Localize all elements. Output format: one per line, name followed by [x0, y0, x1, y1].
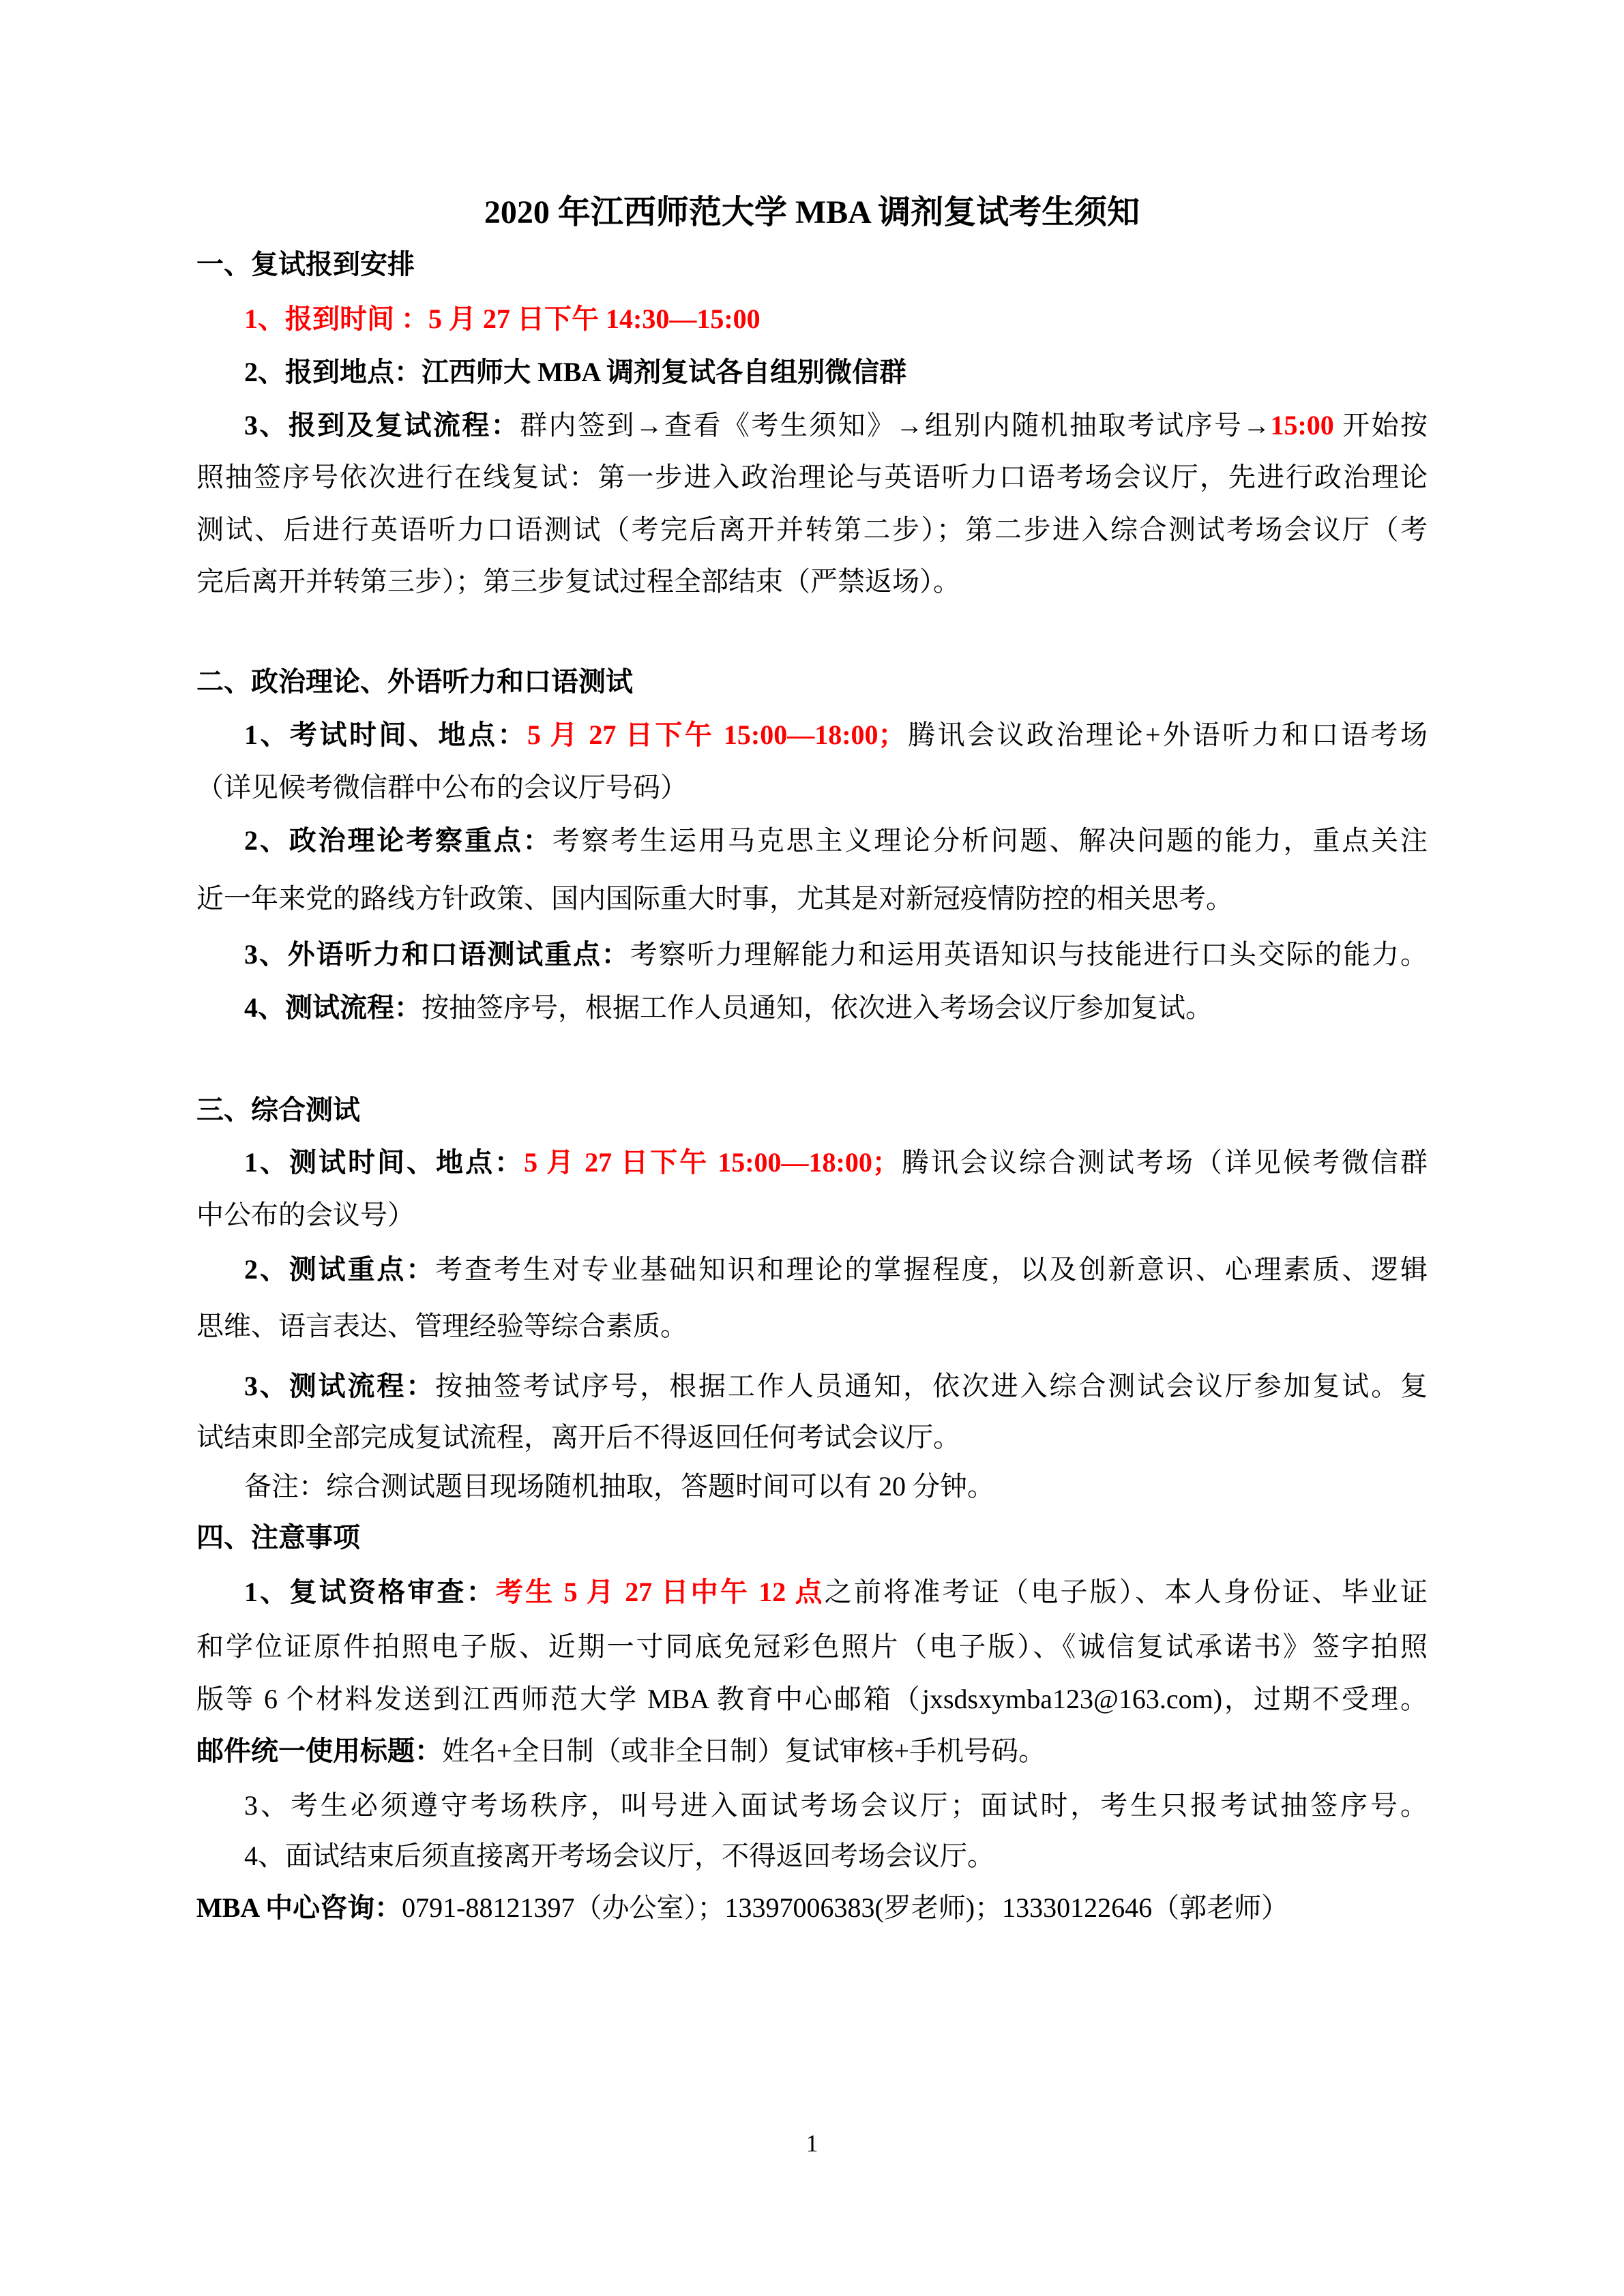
text-segment: 开始按 [1334, 410, 1428, 441]
section-heading-2: 二、政治理论、外语听力和口语测试 [196, 661, 1428, 702]
text-segment: 0791-88121397（办公室）；13397006383(罗老师)；1333… [402, 1892, 1288, 1923]
text-segment: 5 月 27 日下午 15:00—18:00； [527, 719, 906, 750]
text-segment: 1、复试资格审查： [244, 1577, 496, 1607]
section-heading-3: 三、综合测试 [196, 1090, 1428, 1131]
text-segment: 3、报到及复试流程： [244, 410, 520, 441]
text-segment: 1、报到时间 ：5 月 27 日下午 14:30—15:00 [244, 303, 761, 334]
list-item: 4、面试结束后须直接离开考场会议厅，不得返回考场会议厅。 [196, 1836, 1428, 1877]
note-line: 备注：综合测试题目现场随机抽取，答题时间可以有 20 分钟。 [196, 1466, 1428, 1507]
paragraph-line: 版等 6 个材料发送到江西师范大学 MBA 教育中心邮箱（jxsdsxymba1… [196, 1679, 1428, 1720]
text-segment: 备注：综合测试题目现场随机抽取，答题时间可以有 20 分钟。 [244, 1471, 994, 1502]
paragraph-line: 测试、后进行英语听力口语测试（考完后离开并转第二步）；第二步进入综合测试考场会议… [196, 509, 1428, 550]
contact-line: MBA 中心咨询：0791-88121397（办公室）；13397006383(… [196, 1888, 1428, 1928]
text-segment: MBA 中心咨询： [196, 1892, 402, 1923]
document-title: 2020 年江西师范大学 MBA 调剂复试考生须知 [196, 192, 1428, 233]
text-segment: 按抽签序号，根据工作人员通知，依次进入考场会议厅参加复试。 [422, 992, 1213, 1023]
text-segment: 2、政治理论考察重点： [244, 825, 552, 856]
text-segment: 二、政治理论、外语听力和口语测试 [196, 666, 633, 697]
text-segment: 和学位证原件拍照电子版、近期一寸同底免冠彩色照片（电子版）、《诚信复试承诺书》签… [196, 1631, 1428, 1662]
email-subject-line: 邮件统一使用标题：姓名+全日制（或非全日制）复试审核+手机号码。 [196, 1731, 1428, 1772]
paragraph-line: 照抽签序号依次进行在线复试：第一步进入政治理论与英语听力口语考场会议厅，先进行政… [196, 457, 1428, 498]
text-segment: （详见候考微信群中公布的会议厅号码） [196, 772, 688, 803]
text-segment: 测试、后进行英语听力口语测试（考完后离开并转第二步）；第二步进入综合测试考场会议… [196, 514, 1428, 545]
paragraph-line: 试结束即全部完成复试流程，离开后不得返回任何考试会议厅。 [196, 1417, 1428, 1458]
text-segment: 2020 年江西师范大学 MBA 调剂复试考生须知 [484, 194, 1140, 230]
paragraph-line: 思维、语言表达、管理经验等综合素质。 [196, 1306, 1428, 1347]
paragraph-line: 完后离开并转第三步）；第三步复试过程全部结束（严禁返场）。 [196, 561, 1428, 602]
text-segment: 考查考生对专业基础知识和理论的掌握程度，以及创新意识、心理素质、逻辑 [435, 1254, 1428, 1285]
text-segment: 四、注意事项 [196, 1522, 360, 1553]
list-item: 1、报到时间 ：5 月 27 日下午 14:30—15:00 [196, 299, 1428, 340]
text-segment: 群内签到→查看《考生须知》→组别内随机抽取考试序号→ [520, 410, 1270, 441]
text-segment: 完后离开并转第三步）；第三步复试过程全部结束（严禁返场）。 [196, 566, 960, 597]
text-segment: 一、复试报到安排 [196, 249, 415, 280]
text-segment: 3、测试流程： [244, 1371, 435, 1401]
text-segment: 2、测试重点： [244, 1254, 435, 1285]
text-segment: 腾讯会议政治理论+外语听力和口语考场 [906, 719, 1428, 750]
text-segment: 3、考生必须遵守考场秩序，叫号进入面试考场会议厅；面试时，考生只报考试抽签序号。 [244, 1790, 1428, 1821]
section-heading-1: 一、复试报到安排 [196, 244, 1428, 285]
list-item: 3、外语听力和口语测试重点：考察听力理解能力和运用英语知识与技能进行口头交际的能… [196, 934, 1428, 975]
text-segment: 版等 6 个材料发送到江西师范大学 MBA 教育中心邮箱（jxsdsxymba1… [196, 1684, 1428, 1714]
paragraph-line: 和学位证原件拍照电子版、近期一寸同底免冠彩色照片（电子版）、《诚信复试承诺书》签… [196, 1626, 1428, 1667]
paragraph-line: （详见候考微信群中公布的会议厅号码） [196, 767, 1428, 808]
text-segment: 考生 5 月 27 日中午 12 点 [496, 1577, 825, 1607]
text-segment: 3、外语听力和口语测试重点： [244, 939, 630, 970]
paragraph-line: 中公布的会议号） [196, 1195, 1428, 1236]
text-segment: 4、面试结束后须直接离开考场会议厅，不得返回考场会议厅。 [244, 1840, 994, 1871]
document-page: 1 2020 年江西师范大学 MBA 调剂复试考生须知一、复试报到安排1、报到时… [0, 0, 1624, 2296]
list-item: 1、考试时间、地点：5 月 27 日下午 15:00—18:00；腾讯会议政治理… [196, 715, 1428, 756]
text-segment: 近一年来党的路线方针政策、国内国际重大时事，尤其是对新冠疫情防控的相关思考。 [196, 883, 1233, 914]
text-segment: 1、考试时间、地点： [244, 719, 527, 750]
text-segment: 1、测试时间、地点： [244, 1147, 524, 1178]
paragraph-line: 近一年来党的路线方针政策、国内国际重大时事，尤其是对新冠疫情防控的相关思考。 [196, 878, 1428, 919]
text-segment: 考察考生运用马克思主义理论分析问题、解决问题的能力，重点关注 [552, 825, 1428, 856]
section-heading-4: 四、注意事项 [196, 1517, 1428, 1558]
list-item: 1、复试资格审查：考生 5 月 27 日中午 12 点之前将准考证（电子版）、本… [196, 1572, 1428, 1613]
text-segment: 2、报到地点：江西师大 MBA 调剂复试各自组别微信群 [244, 357, 906, 387]
list-item: 3、测试流程：按抽签考试序号，根据工作人员通知，依次进入综合测试会议厅参加复试。… [196, 1366, 1428, 1407]
text-segment: 4、测试流程： [244, 992, 422, 1023]
text-segment: 试结束即全部完成复试流程，离开后不得返回任何考试会议厅。 [196, 1422, 960, 1452]
text-segment: 按抽签考试序号，根据工作人员通知，依次进入综合测试会议厅参加复试。复 [435, 1371, 1428, 1401]
list-item: 3、考生必须遵守考场秩序，叫号进入面试考场会议厅；面试时，考生只报考试抽签序号。 [196, 1785, 1428, 1826]
text-segment: 5 月 27 日下午 15:00—18:00； [524, 1147, 900, 1178]
text-segment: 三、综合测试 [196, 1094, 360, 1125]
text-segment: 照抽签序号依次进行在线复试：第一步进入政治理论与英语听力口语考场会议厅，先进行政… [196, 462, 1428, 492]
text-segment: 15:00 [1270, 410, 1333, 441]
page-number: 1 [0, 2126, 1624, 2160]
text-segment: 思维、语言表达、管理经验等综合素质。 [196, 1311, 688, 1341]
text-segment: 考察听力理解能力和运用英语知识与技能进行口头交际的能力。 [630, 939, 1428, 970]
text-segment: 腾讯会议综合测试考场（详见候考微信群 [900, 1147, 1428, 1178]
text-segment: 之前将准考证（电子版）、本人身份证、毕业证 [825, 1577, 1428, 1607]
list-item: 1、测试时间、地点：5 月 27 日下午 15:00—18:00；腾讯会议综合测… [196, 1142, 1428, 1183]
list-item: 2、测试重点：考查考生对专业基础知识和理论的掌握程度，以及创新意识、心理素质、逻… [196, 1249, 1428, 1290]
list-item: 3、报到及复试流程：群内签到→查看《考生须知》→组别内随机抽取考试序号→15:0… [196, 405, 1428, 446]
list-item: 2、报到地点：江西师大 MBA 调剂复试各自组别微信群 [196, 352, 1428, 393]
text-segment: 中公布的会议号） [196, 1199, 415, 1230]
text-segment: 姓名+全日制（或非全日制）复试审核+手机号码。 [442, 1735, 1046, 1766]
list-item: 4、测试流程：按抽签序号，根据工作人员通知，依次进入考场会议厅参加复试。 [196, 987, 1428, 1028]
list-item: 2、政治理论考察重点：考察考生运用马克思主义理论分析问题、解决问题的能力，重点关… [196, 820, 1428, 861]
text-segment: 邮件统一使用标题： [196, 1735, 442, 1766]
